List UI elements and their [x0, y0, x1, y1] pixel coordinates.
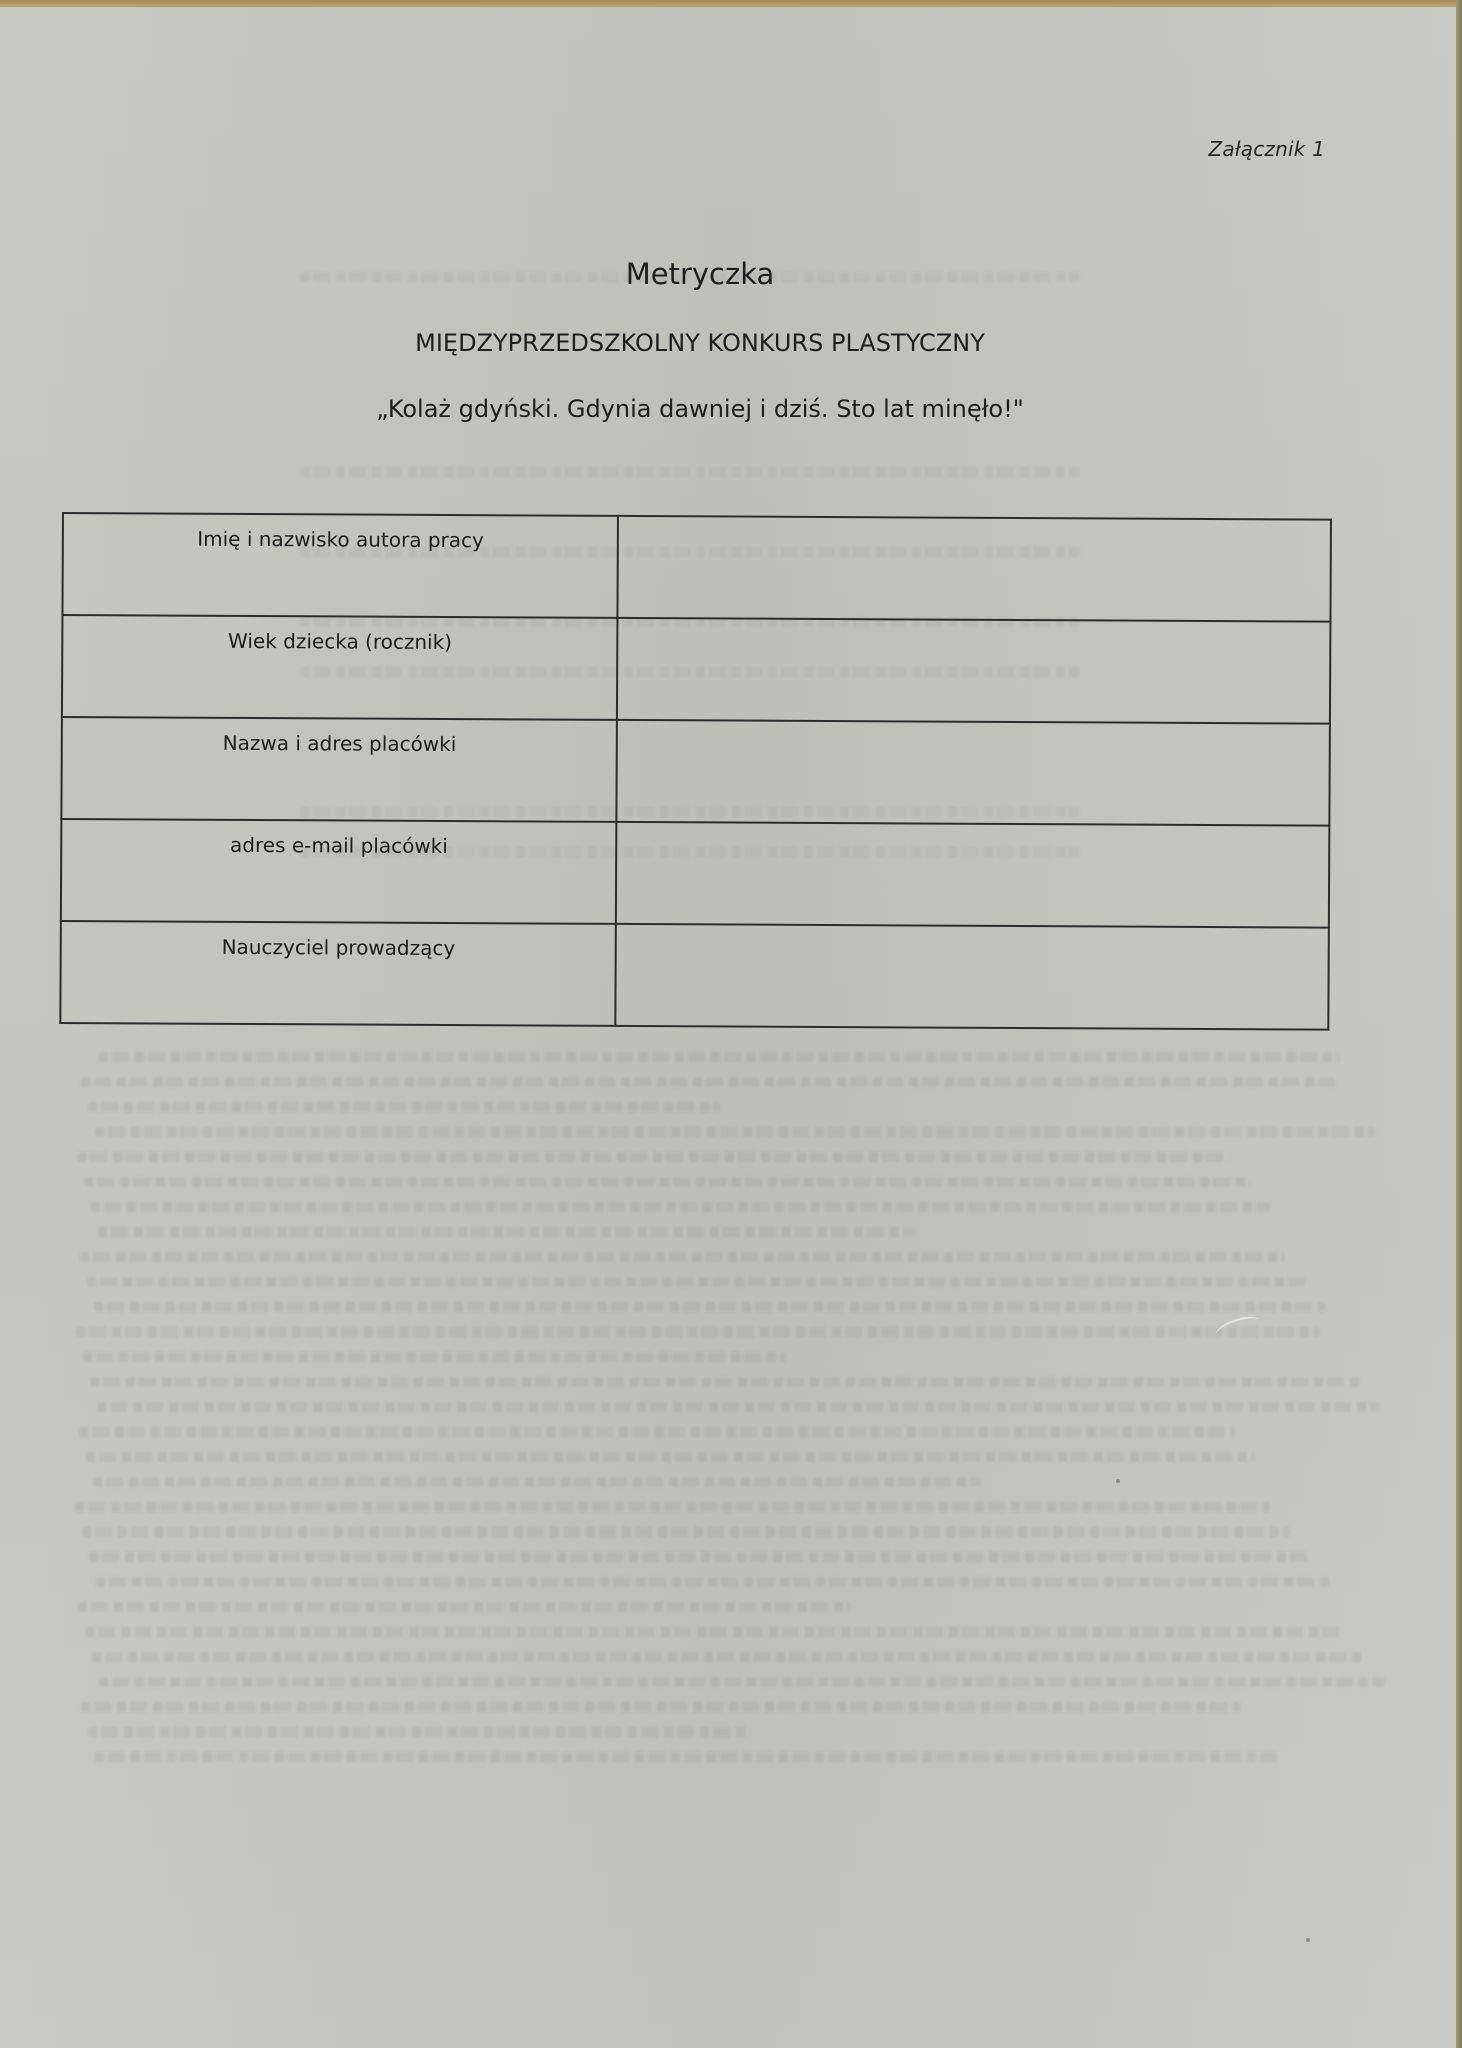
bleed-through-line — [87, 1277, 1305, 1287]
institution-email-field[interactable] — [617, 823, 1328, 925]
bleed-through-line — [94, 1302, 1325, 1312]
field-cell-author-name — [618, 516, 1331, 622]
field-label-institution: Nazwa i adres placówki — [61, 717, 617, 822]
bleed-through-line — [95, 1127, 1375, 1137]
institution-name-address-field[interactable] — [618, 721, 1329, 823]
bleed-through-line — [76, 1327, 1320, 1337]
bleed-through-line — [83, 1352, 786, 1362]
form-row-institution: Nazwa i adres placówki — [61, 717, 1330, 826]
annex-label: Załącznik 1 — [1208, 137, 1325, 161]
bleed-through-line — [81, 1077, 1335, 1087]
field-cell-institution-email — [616, 822, 1329, 928]
form-row-author-name: Imię i nazwisko autora pracy — [62, 513, 1331, 622]
supervising-teacher-field[interactable] — [617, 925, 1328, 1027]
bleed-through-line — [98, 1227, 916, 1237]
child-age-field[interactable] — [618, 619, 1329, 721]
bleed-through-line — [86, 1452, 1255, 1462]
form-row-teacher: Nauczyciel prowadzący — [60, 921, 1329, 1030]
bleed-through-line — [80, 1252, 1285, 1262]
bleed-through-line — [300, 467, 1080, 477]
field-label-child-age: Wiek dziecka (rocznik) — [62, 615, 618, 720]
field-cell-institution — [617, 720, 1330, 826]
paper-speck — [1116, 1479, 1120, 1483]
field-label-author-name: Imię i nazwisko autora pracy — [62, 513, 618, 618]
bleed-through-line — [96, 1577, 1330, 1587]
bleed-through-line — [82, 1527, 1290, 1537]
entry-form-table: Imię i nazwisko autora pracy Wiek dzieck… — [59, 512, 1332, 1031]
bleed-through-line — [99, 1677, 1385, 1687]
table-surface-edge-right — [1456, 0, 1462, 2048]
paper-sheet: Załącznik 1 Metryczka MIĘDZYPRZEDSZKOLNY… — [0, 7, 1457, 2048]
bleed-through-line — [92, 1652, 1365, 1662]
bleed-through-line — [93, 1477, 981, 1487]
bleed-through-line — [77, 1152, 1230, 1162]
bleed-through-line — [78, 1602, 851, 1612]
bleed-through-line — [88, 1102, 721, 1112]
bleed-through-line — [90, 1377, 1360, 1387]
paper-speck — [1306, 1938, 1310, 1942]
bleed-through-line — [99, 1052, 1340, 1062]
bleed-through-line — [79, 1427, 1235, 1437]
bleed-through-line — [91, 1202, 1270, 1212]
paper-scratch-mark — [1213, 1312, 1262, 1343]
form-row-institution-email: adres e-mail placówki — [61, 819, 1330, 928]
bleed-through-line — [81, 1702, 1240, 1712]
field-cell-teacher — [616, 924, 1329, 1030]
form-row-child-age: Wiek dziecka (rocznik) — [62, 615, 1331, 724]
field-label-teacher: Nauczyciel prowadzący — [60, 921, 616, 1026]
bleed-through-line — [85, 1627, 1345, 1637]
author-name-field[interactable] — [619, 517, 1330, 619]
bleed-through-line — [88, 1727, 746, 1737]
field-cell-child-age — [617, 618, 1330, 724]
contest-name-heading: „Kolaż gdyński. Gdynia dawniej i dziś. S… — [0, 395, 1400, 423]
bleed-through-line — [89, 1552, 1310, 1562]
bleed-through-line — [75, 1502, 1270, 1512]
contest-type-heading: MIĘDZYPRZEDSZKOLNY KONKURS PLASTYCZNY — [0, 329, 1400, 357]
bleed-through-line — [95, 1752, 1280, 1762]
bleed-through-line — [97, 1402, 1380, 1412]
field-label-institution-email: adres e-mail placówki — [61, 819, 617, 924]
document-title: Metryczka — [0, 257, 1400, 291]
bleed-through-line — [84, 1177, 1250, 1187]
